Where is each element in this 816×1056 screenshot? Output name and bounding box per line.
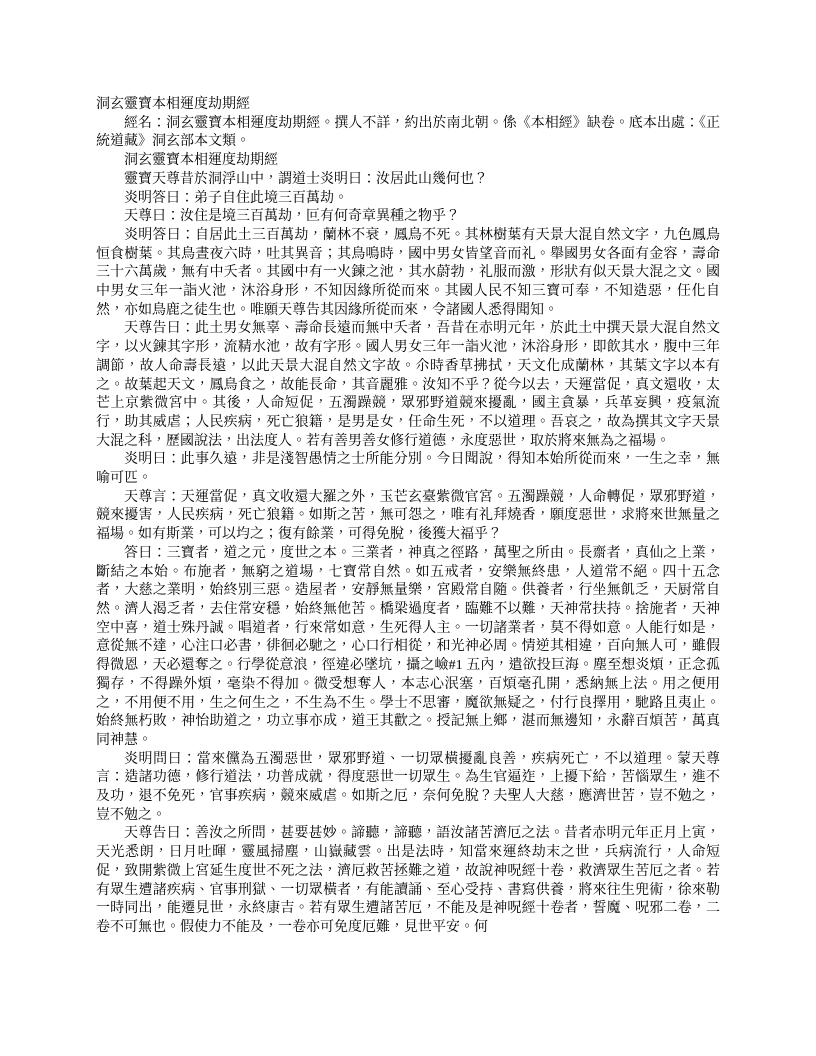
document-paragraph: 天尊曰：汝住是境三百萬劫，叵有何奇章異種之物乎？ xyxy=(96,208,720,227)
document-paragraph: 炎明問曰：當來儻為五濁惡世，眾邪野道、一切眾橫擾亂良善，疾病死亡，不以道理。蒙天… xyxy=(96,751,720,826)
document-paragraph: 答曰：三寶者，道之元，度世之本。三業者，神真之徑路，萬聖之所由。長齋者，真仙之上… xyxy=(96,545,720,751)
document-paragraph: 洞玄靈寶本相運度劫期經 xyxy=(96,96,720,115)
document-paragraph: 經名：洞玄靈寶本相運度劫期經。撰人不詳，約出於南北朝。係《本相經》缺卷。底本出處… xyxy=(96,115,720,152)
document-paragraph: 炎明曰：此事久遠，非是淺智愚情之士所能分別。今日聞說，得知本始所從而來，一生之幸… xyxy=(96,451,720,488)
document-paragraph: 天尊言：天運當促，真文收還大羅之外，玉芒玄臺紫微官宮。五濁躁競，人命轉促，眾邪野… xyxy=(96,489,720,545)
document-page: 洞玄靈寶本相運度劫期經經名：洞玄靈寶本相運度劫期經。撰人不詳，約出於南北朝。係《… xyxy=(0,0,816,1056)
document-paragraph: 炎明答曰：弟子自住此境三百萬劫。 xyxy=(96,190,720,209)
document-paragraph: 洞玄靈寶本相運度劫期經 xyxy=(96,152,720,171)
document-paragraph: 炎明答曰：自居此土三百萬劫，蘭林不衰，鳳鳥不死。其林樹葉有天景大混自然文字，九色… xyxy=(96,227,720,321)
document-paragraph: 天尊告曰：善汝之所問，甚要甚妙。諦聽，諦聽，語汝諸苦濟厄之法。昔者赤明元年正月上… xyxy=(96,825,720,937)
document-paragraph: 天尊告曰：此土男女無辜、壽命長遠而無中夭者，吾昔在赤明元年，於此土中撰天景大混自… xyxy=(96,320,720,451)
document-body: 洞玄靈寶本相運度劫期經經名：洞玄靈寶本相運度劫期經。撰人不詳，約出於南北朝。係《… xyxy=(96,96,720,938)
document-paragraph: 靈寶天尊昔於洞浮山中，謂道士炎明曰：汝居此山幾何也？ xyxy=(96,171,720,190)
